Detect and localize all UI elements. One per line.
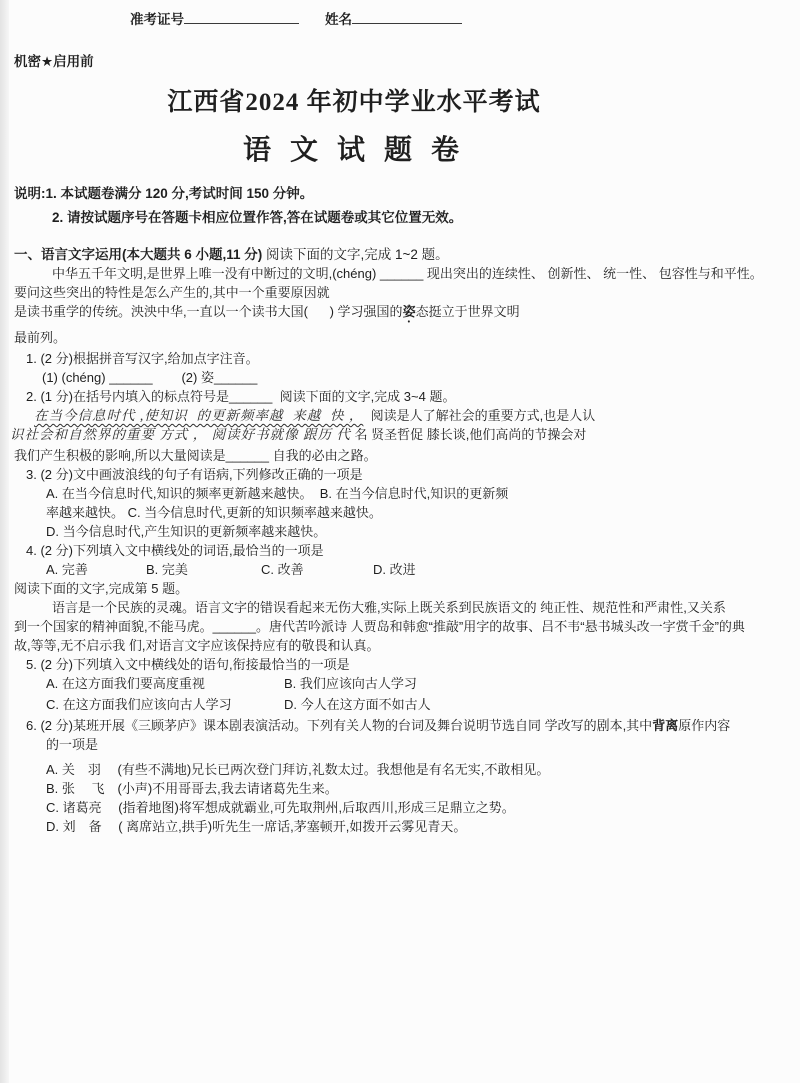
question-4-option-c: C. 改善: [261, 560, 373, 579]
question-5: 5. (2 分)下列填入文中横线处的语句,衔接最恰当的一项是 A. 在这方面我们…: [14, 655, 794, 714]
question-1: 1. (2 分)根据拼音写汉字,给加点字注音。 (1) (chéng) ____…: [14, 349, 794, 387]
question-6-stem-pre: 6. (2 分)某班开展《三顾茅庐》课本剧表演活动。下列有关人物的台词及舞台说明…: [26, 718, 652, 733]
question-1-blanks: (1) (chéng) ______ (2) 姿______: [42, 368, 794, 387]
question-5-option-c: C. 在这方面我们应该向古人学习: [46, 695, 284, 714]
question-4-options: A. 完善B. 完美C. 改善D. 改进: [46, 560, 794, 579]
passage-2-line-3: 我们产生积极的影响,所以大量阅读是______ 自我的必由之路。: [14, 446, 794, 465]
question-3: 3. (2 分)文中画波浪线的句子有语病,下列修改正确的一项是 A. 在当今信息…: [14, 465, 794, 541]
exam-paper-scan: 准考证号姓名 机密★启用前 江西省2024 年初中学业水平考试 语 文 试 题 …: [0, 0, 800, 1083]
passage-2-line-1: 在当今信息时代 ,使知识 的更新频率越 来越 快 ， 阅读是人了解社会的重要方式…: [34, 406, 794, 425]
question-2: 2. (1 分)在括号内填入的标点符号是______ 阅读下面的文字,完成 3~…: [26, 387, 794, 406]
question-6-option-b: B. 张 飞 (小声)不用哥哥去,我去请诸葛先生来。: [46, 779, 794, 798]
question-3-options-line-1: A. 在当今信息时代,知识的频率更新越来越快。 B. 在当今信息时代,知识的更新…: [46, 484, 794, 503]
instruction-line-1: 说明:1. 本试题卷满分 120 分,考试时间 150 分钟。: [14, 184, 794, 204]
question-3-options-line-2: 率越来越快。 C. 当今信息时代,更新的知识频率越来越快。: [46, 503, 794, 522]
question-4-option-a: A. 完善: [46, 560, 146, 579]
passage-2-line-2-kai: 识社会和自然界的重要 方式 ， 阅读好书就像 跟历 代: [10, 427, 351, 442]
question-6-stem-line-2: 的一项是: [46, 735, 794, 754]
confidential-notice: 机密★启用前: [14, 50, 794, 70]
section-one-heading-title: 一、语言文字运用(本大题共 6 小题,11 分): [14, 247, 262, 262]
passage-1-line-3-pre: 是读书重学的传统。泱泱中华,一直以一个读书大国( ) 学习强国的: [14, 304, 403, 319]
passage-2-line-2: 识社会和自然界的重要 方式 ， 阅读好书就像 跟历 代 名 贤圣哲促 膝长谈,他…: [10, 425, 794, 444]
admission-number-label: 准考证号: [130, 12, 184, 27]
question-1-stem: 1. (2 分)根据拼音写汉字,给加点字注音。: [26, 349, 794, 368]
question-5-options-line-2: C. 在这方面我们应该向古人学习D. 今人在这方面不如古人: [46, 695, 794, 714]
question-5-option-d: D. 今人在这方面不如古人: [284, 695, 431, 714]
question-6-stem-keyword: 背离: [652, 718, 678, 733]
question-6-option-a: A. 关 羽 (有些不满地)兄长已两次登门拜访,礼数太过。我想他是有名无实,不敢…: [46, 760, 794, 779]
question-6-option-c: C. 诸葛亮 (指着地图)将军想成就霸业,可先取荆州,后取西川,形成三足鼎立之势…: [46, 798, 794, 817]
admission-number-field: [184, 10, 299, 24]
passage-3-intro: 阅读下面的文字,完成第 5 题。: [14, 579, 794, 598]
passage-3-line-3: 故,等等,无不启示我 们,对语言文字应该保持应有的敬畏和认真。: [14, 636, 794, 655]
name-field: [352, 10, 462, 24]
passage-3-line-1: 语言是一个民族的灵魂。语言文字的错误看起来无伤大雅,实际上既关系到民族语文的 纯…: [14, 598, 794, 617]
instruction-item-1: 1. 本试题卷满分 120 分,考试时间 150 分钟。: [46, 186, 314, 201]
question-6-stem-post: 原作内容: [678, 718, 730, 733]
passage-2-intro: 阅读下面的文字,完成 3~4 题。: [272, 389, 455, 404]
question-3-stem: 3. (2 分)文中画波浪线的句子有语病,下列修改正确的一项是: [26, 465, 794, 484]
instruction-item-2: 2. 请按试题序号在答题卡相应位置作答,答在试题卷或其它位置无效。: [52, 208, 794, 228]
question-6-option-d: D. 刘 备 ( 离席站立,拱手)听先生一席话,茅塞顿开,如拨开云雾见青天。: [46, 817, 794, 836]
section-one-heading: 一、语言文字运用(本大题共 6 小题,11 分) 阅读下面的文字,完成 1~2 …: [14, 246, 794, 264]
question-4-option-b: B. 完美: [146, 560, 261, 579]
passage-2-line-1-rest: 阅读是人了解社会的重要方式,也是人认: [363, 408, 595, 423]
section-one: 一、语言文字运用(本大题共 6 小题,11 分) 阅读下面的文字,完成 1~2 …: [14, 246, 794, 836]
passage-1-line-2: 要问这些突出的特性是怎么产生的,其中一个重要原因就: [14, 283, 794, 302]
question-4: 4. (2 分)下列填入文中横线处的词语,最恰当的一项是 A. 完善B. 完美C…: [14, 541, 794, 579]
question-4-stem: 4. (2 分)下列填入文中横线处的词语,最恰当的一项是: [26, 541, 794, 560]
exam-header: 准考证号姓名: [130, 0, 794, 30]
passage-2: 在当今信息时代 ,使知识 的更新频率越 来越 快 ， 阅读是人了解社会的重要方式…: [14, 406, 794, 465]
passage-1: 中华五千年文明,是世界上唯一没有中断过的文明,(chéng) ______ 现出…: [14, 264, 794, 347]
passage-1-dotted-char: 姿: [403, 304, 416, 319]
instructions-label: 说明:: [14, 186, 46, 201]
passage-3-line-2: 到一个国家的精神面貌,不能马虎。______。唐代苦吟派诗 人贾岛和韩愈“推敲”…: [14, 617, 794, 636]
passage-1-line-4: 最前列。: [14, 328, 794, 347]
instructions: 说明:1. 本试题卷满分 120 分,考试时间 150 分钟。 2. 请按试题序…: [14, 184, 794, 228]
question-6-stem-line-1: 6. (2 分)某班开展《三顾茅庐》课本剧表演活动。下列有关人物的台词及舞台说明…: [26, 716, 794, 735]
passage-1-line-3: 是读书重学的传统。泱泱中华,一直以一个读书大国( ) 学习强国的姿态挺立于世界文…: [14, 302, 794, 326]
question-6: 6. (2 分)某班开展《三顾茅庐》课本剧表演活动。下列有关人物的台词及舞台说明…: [14, 716, 794, 836]
question-5-options-line-1: A. 在这方面我们要高度重视B. 我们应该向古人学习: [46, 674, 794, 693]
title-block: 江西省2024 年初中学业水平考试 语 文 试 题 卷: [14, 82, 694, 168]
passage-2-wavy-sentence: 在当今信息时代 ,使知识 的更新频率越 来越 快 ，: [34, 408, 363, 423]
paper-title: 语 文 试 题 卷: [14, 128, 694, 168]
section-one-heading-task: 阅读下面的文字,完成 1~2 题。: [262, 247, 448, 262]
passage-1-line-3-post: 态挺立于世界文明: [416, 304, 520, 319]
question-5-option-a: A. 在这方面我们要高度重视: [46, 674, 284, 693]
passage-1-line-1: 中华五千年文明,是世界上唯一没有中断过的文明,(chéng) ______ 现出…: [14, 264, 794, 283]
question-2-stem: 2. (1 分)在括号内填入的标点符号是______: [26, 389, 272, 404]
question-5-option-b: B. 我们应该向古人学习: [284, 674, 417, 693]
name-label: 姓名: [325, 12, 352, 27]
question-5-stem: 5. (2 分)下列填入文中横线处的语句,衔接最恰当的一项是: [26, 655, 794, 674]
question-4-option-d: D. 改进: [373, 560, 416, 579]
exam-title: 江西省2024 年初中学业水平考试: [14, 82, 694, 118]
page-content: 准考证号姓名 机密★启用前 江西省2024 年初中学业水平考试 语 文 试 题 …: [0, 0, 800, 836]
question-3-options-line-3: D. 当今信息时代,产生知识的更新频率越来越快。: [46, 522, 794, 541]
passage-3: 阅读下面的文字,完成第 5 题。 语言是一个民族的灵魂。语言文字的错误看起来无伤…: [14, 579, 794, 655]
passage-2-line-2-rest: 名 贤圣哲促 膝长谈,他们高尚的节操会对: [351, 427, 586, 442]
